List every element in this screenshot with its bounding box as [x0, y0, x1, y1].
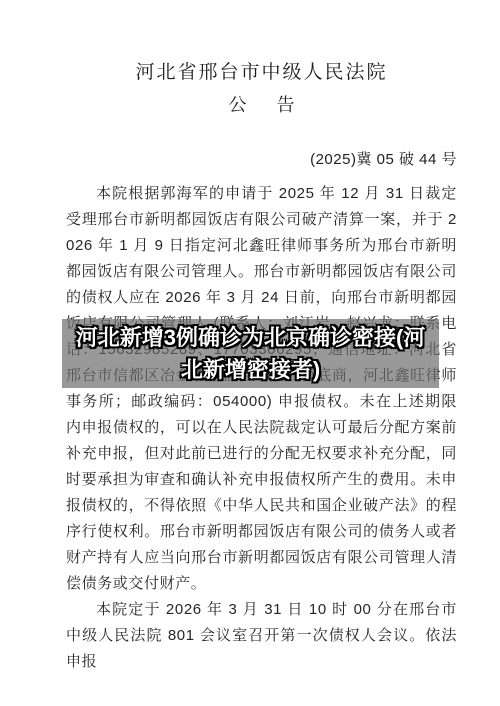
body-paragraph-2: 本院定于 2026 年 3 月 31 日 10 时 00 分在邢台市中级人民法院…: [66, 597, 457, 675]
page-root: 河北省邢台市中级人民法院 公 告 (2025)冀 05 破 44 号 本院根据郭…: [0, 0, 500, 706]
announcement-heading-char-2: 告: [277, 91, 295, 117]
case-number: (2025)冀 05 破 44 号: [66, 148, 457, 169]
announcement-heading-char-1: 公: [229, 91, 247, 117]
court-announcement-document: 河北省邢台市中级人民法院 公 告 (2025)冀 05 破 44 号 本院根据郭…: [66, 0, 457, 675]
announcement-body: 本院根据郭海军的申请于 2025 年 12 月 31 日裁定受理邢台市新明都园饭…: [66, 181, 457, 675]
court-name-title: 河北省邢台市中级人民法院: [66, 57, 457, 84]
body-paragraph-1: 本院根据郭海军的申请于 2025 年 12 月 31 日裁定受理邢台市新明都园饭…: [66, 181, 457, 597]
announcement-heading: 公 告: [66, 91, 457, 117]
